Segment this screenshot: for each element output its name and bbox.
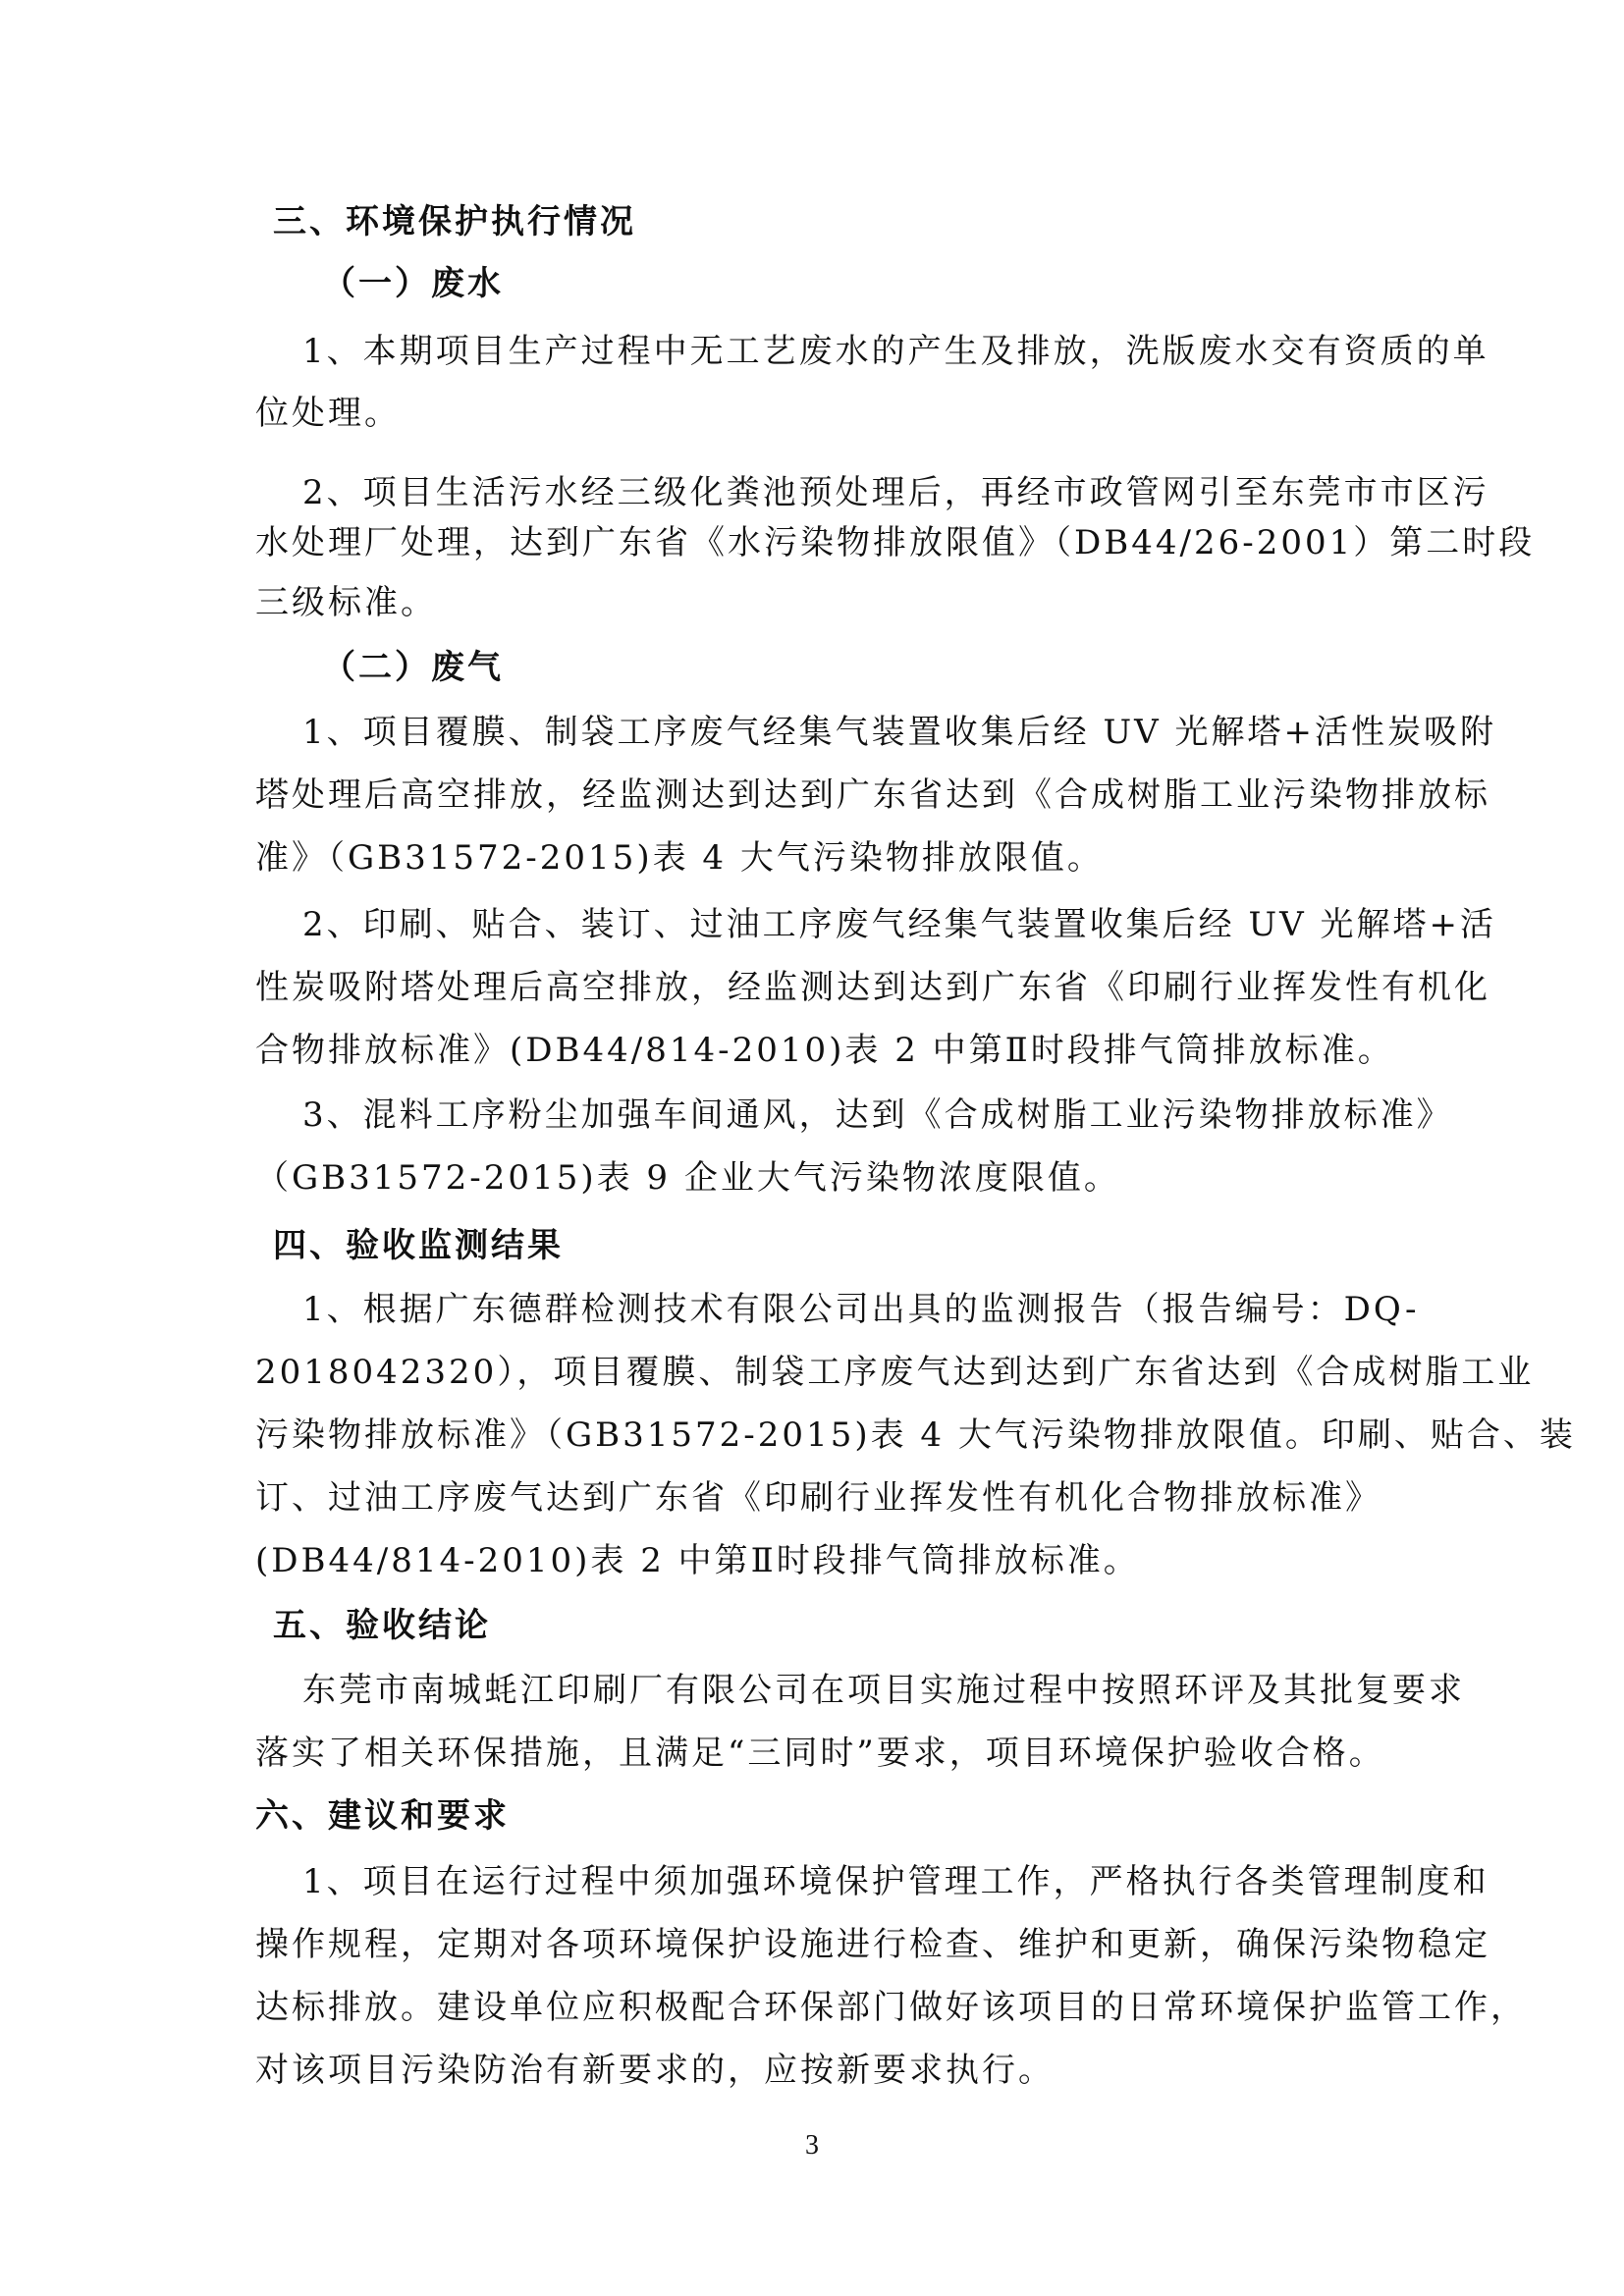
document-page: 三、环境保护执行情况 （一）废水 1、本期项目生产过程中无工艺废水的产生及排放，…	[0, 0, 1624, 2296]
paragraph-line: 位处理。	[255, 390, 1394, 437]
paragraph-line: 对该项目污染防治有新要求的，应按新要求执行。	[255, 2047, 1394, 2094]
page-number: 3	[0, 2130, 1624, 2162]
paragraph-line: 1、根据广东德群检测技术有限公司出具的监测报告（报告编号：DQ-	[302, 1286, 1441, 1333]
paragraph-line: 塔处理后高空排放，经监测达到达到广东省达到《合成树脂工业污染物排放标	[255, 772, 1394, 819]
paragraph-line: 三级标准。	[255, 579, 1394, 626]
heading-section-3: 三、环境保护执行情况	[273, 198, 1412, 245]
paragraph-line: 性炭吸附塔处理后高空排放，经监测达到达到广东省《印刷行业挥发性有机化	[255, 964, 1394, 1011]
paragraph-line: 污染物排放标准》（GB31572-2015)表 4 大气污染物排放限值。印刷、贴…	[255, 1412, 1394, 1459]
paragraph-line: 合物排放标准》(DB44/814-2010)表 2 中第Ⅱ时段排气筒排放标准。	[255, 1027, 1394, 1074]
paragraph-line: 1、本期项目生产过程中无工艺废水的产生及排放，洗版废水交有资质的单	[302, 328, 1441, 375]
paragraph-line: 订、过油工序废气达到广东省《印刷行业挥发性有机化合物排放标准》	[255, 1474, 1394, 1522]
paragraph-line: 达标排放。建设单位应积极配合环保部门做好该项目的日常环境保护监管工作，	[255, 1984, 1394, 2031]
paragraph-line: 1、项目覆膜、制袋工序废气经集气装置收集后经 UV 光解塔+活性炭吸附	[302, 709, 1441, 756]
paragraph-line: 3、混料工序粉尘加强车间通风，达到《合成树脂工业污染物排放标准》	[302, 1092, 1441, 1139]
paragraph-line: （GB31572-2015)表 9 企业大气污染物浓度限值。	[255, 1154, 1394, 1201]
paragraph-line: 操作规程，定期对各项环境保护设施进行检查、维护和更新，确保污染物稳定	[255, 1921, 1394, 1968]
paragraph-line: 东莞市南城蚝江印刷厂有限公司在项目实施过程中按照环评及其批复要求	[302, 1667, 1441, 1714]
paragraph-line: 2018042320），项目覆膜、制袋工序废气达到达到广东省达到《合成树脂工业	[255, 1349, 1394, 1396]
paragraph-line: (DB44/814-2010)表 2 中第Ⅱ时段排气筒排放标准。	[255, 1537, 1394, 1584]
heading-exhaust-gas: （二）废气	[322, 644, 1461, 691]
paragraph-line: 准》（GB31572-2015)表 4 大气污染物排放限值。	[255, 834, 1394, 881]
heading-section-4: 四、验收监测结果	[273, 1222, 1412, 1269]
paragraph-line: 水处理厂处理，达到广东省《水污染物排放限值》（DB44/26-2001）第二时段	[255, 519, 1394, 566]
heading-section-6: 六、建议和要求	[255, 1792, 1394, 1840]
paragraph-line: 2、项目生活污水经三级化粪池预处理后，再经市政管网引至东莞市市区污	[302, 469, 1441, 516]
heading-section-5: 五、验收结论	[273, 1602, 1412, 1649]
heading-wastewater: （一）废水	[322, 260, 1461, 307]
paragraph-line: 1、项目在运行过程中须加强环境保护管理工作，严格执行各类管理制度和	[302, 1858, 1441, 1905]
paragraph-line: 落实了相关环保措施，且满足“三同时”要求，项目环境保护验收合格。	[255, 1730, 1394, 1777]
paragraph-line: 2、印刷、贴合、装订、过油工序废气经集气装置收集后经 UV 光解塔+活	[302, 901, 1441, 948]
